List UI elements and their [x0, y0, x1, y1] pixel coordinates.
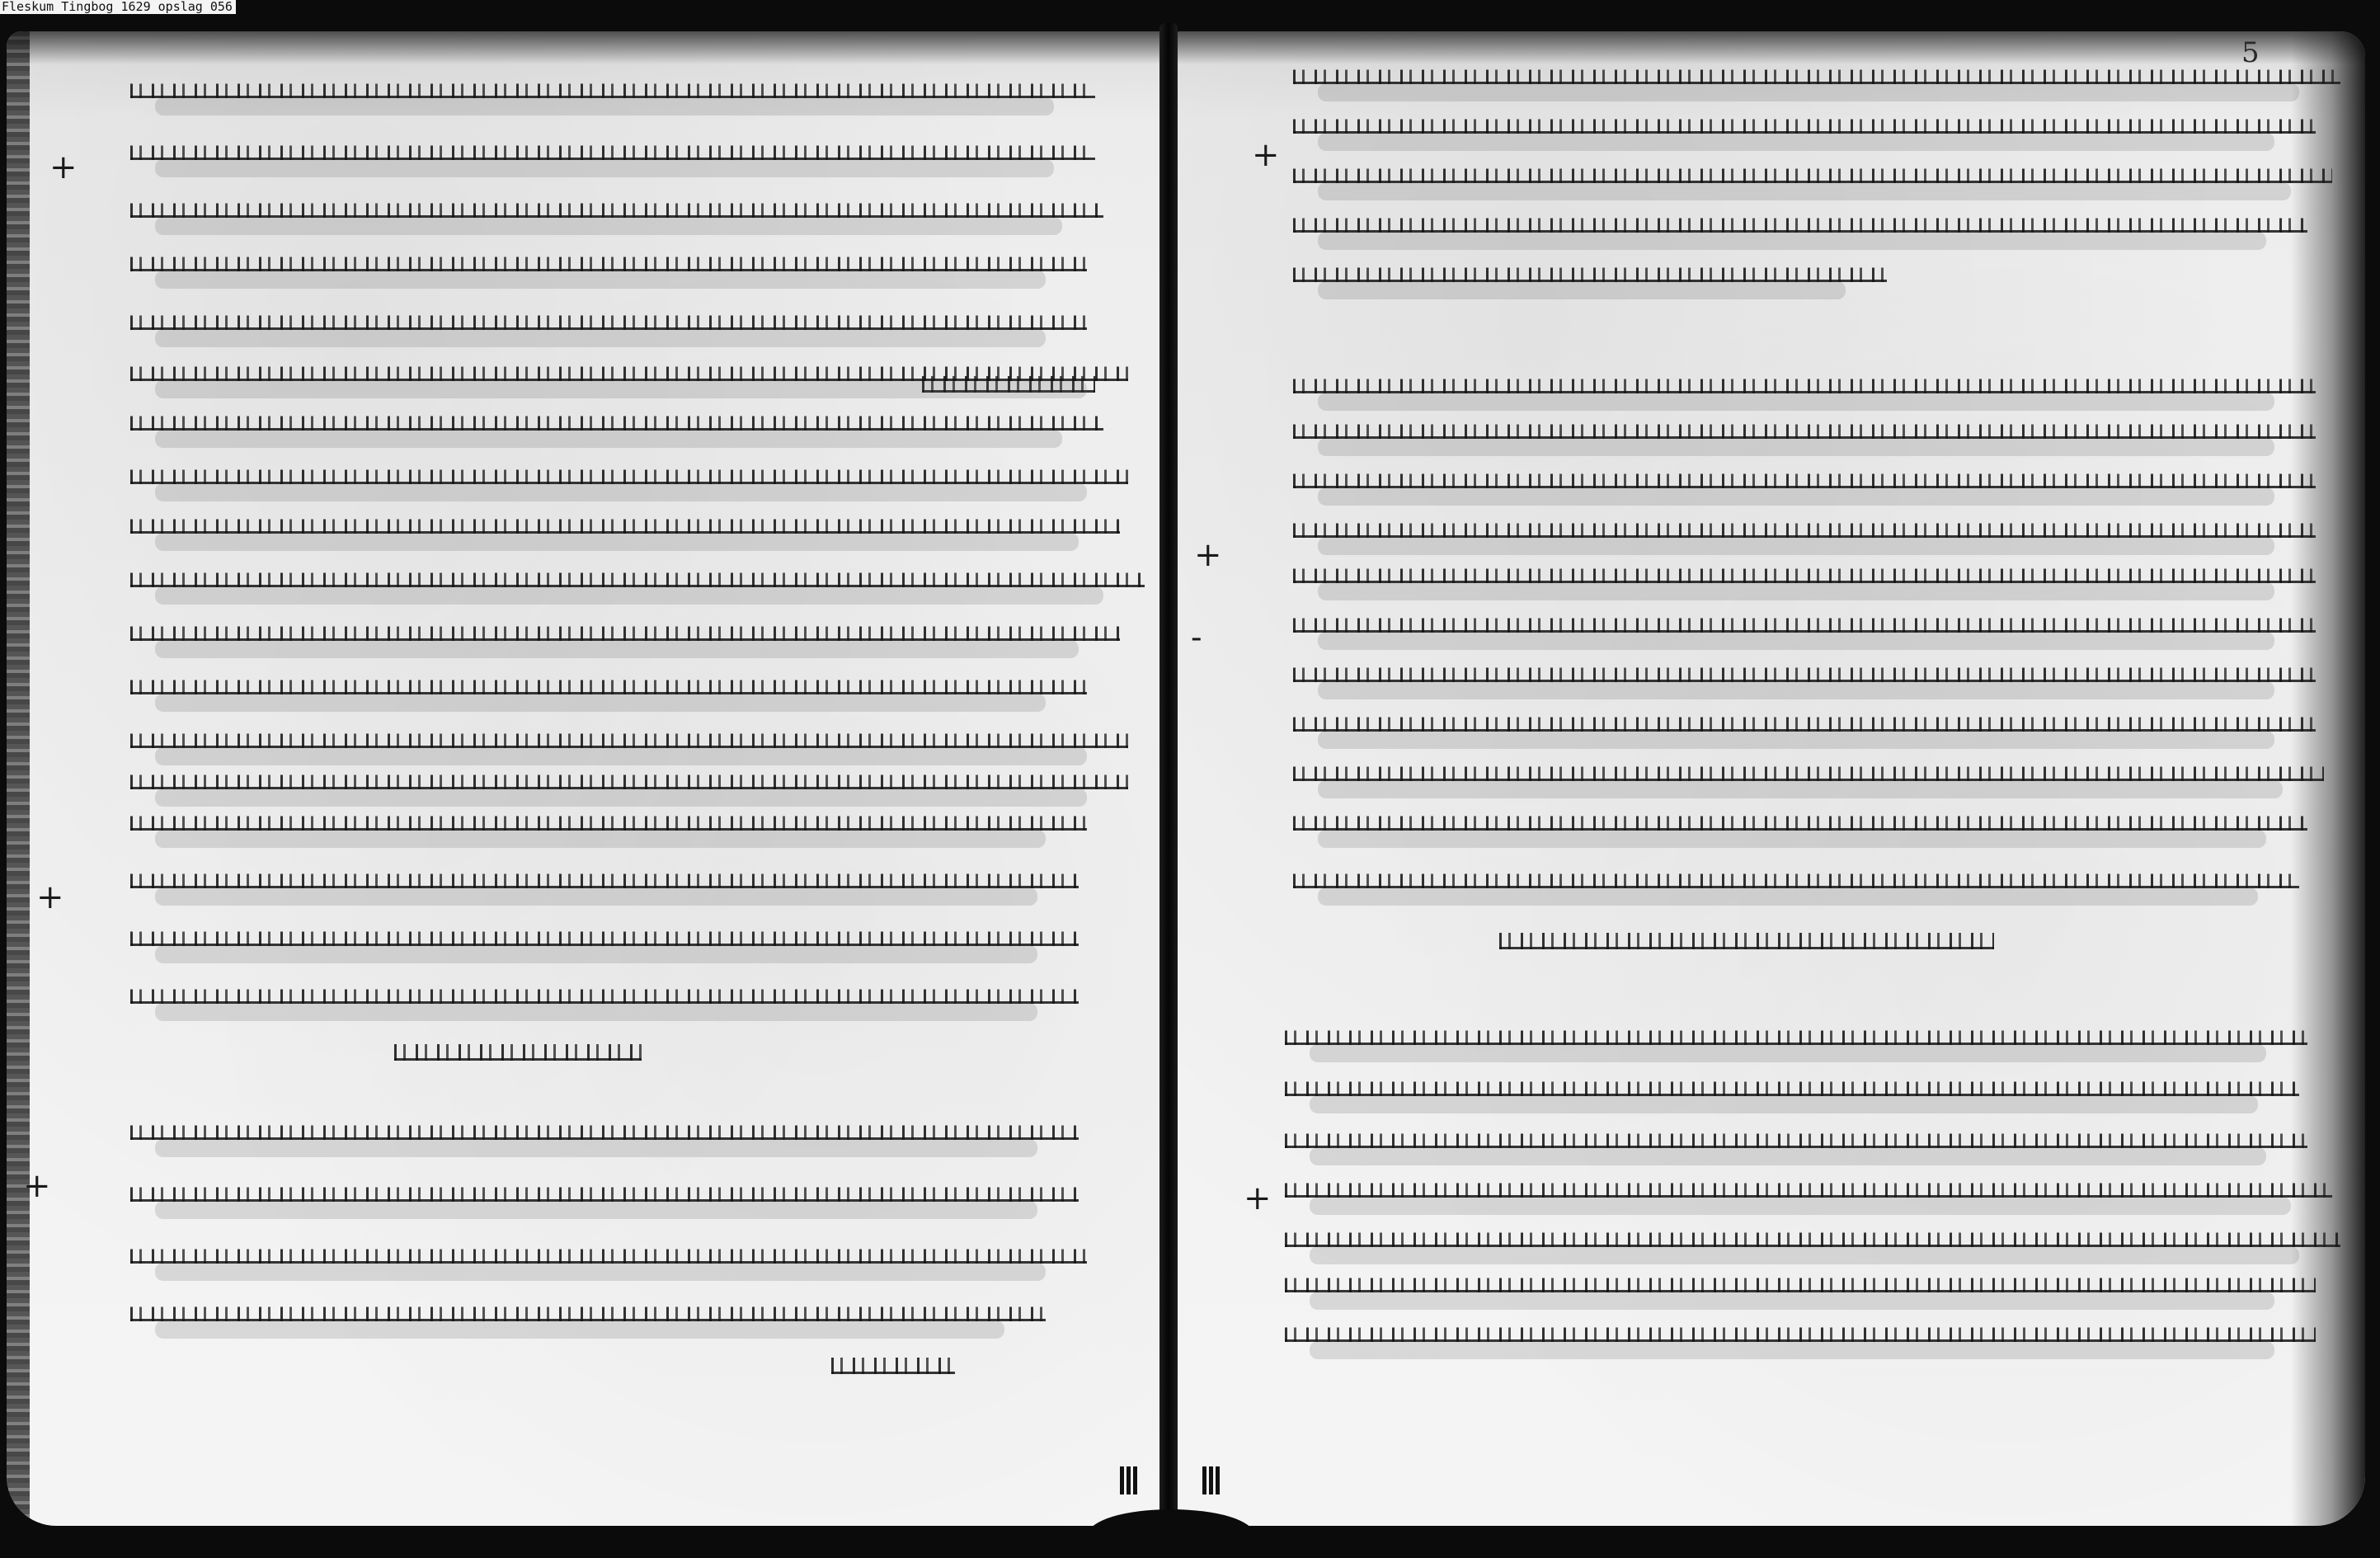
handwritten-line	[1285, 1318, 2316, 1342]
handwritten-line	[130, 194, 1103, 218]
handwritten-line	[130, 1178, 1079, 1202]
handwritten-line	[130, 807, 1087, 831]
signature-line	[1499, 922, 1994, 949]
ink-bleed-through	[1318, 487, 2274, 506]
handwritten-line	[130, 1240, 1087, 1264]
handwritten-line	[1293, 60, 2340, 84]
ink-bleed-through	[155, 97, 1054, 115]
binding-thread-mark	[1120, 1466, 1138, 1494]
ink-bleed-through	[1318, 830, 2266, 848]
ink-bleed-through	[155, 483, 1087, 501]
ink-bleed-through	[1318, 681, 2274, 699]
ink-bleed-through	[155, 830, 1046, 848]
handwritten-line	[1293, 708, 2316, 732]
ink-bleed-through	[1318, 393, 2274, 411]
handwritten-line	[1293, 658, 2316, 682]
left-page: +++	[7, 31, 1163, 1526]
ink-bleed-through	[155, 1320, 1004, 1339]
signature-line	[831, 1347, 955, 1374]
ink-bleed-through	[1310, 1044, 2266, 1062]
margin-cross-mark: +	[49, 151, 78, 184]
handwritten-line	[1285, 1223, 2340, 1247]
handwritten-line	[130, 136, 1095, 160]
handwritten-line	[1293, 464, 2316, 488]
ink-bleed-through	[1318, 182, 2291, 200]
ink-bleed-through	[155, 380, 1087, 398]
signature-line	[394, 1033, 642, 1061]
ink-bleed-through	[1318, 582, 2274, 600]
handwritten-line	[1293, 609, 2316, 633]
ink-bleed-through	[155, 887, 1037, 906]
handwritten-line	[1293, 369, 2316, 393]
handwritten-line	[1293, 258, 1887, 282]
handwritten-line	[130, 765, 1128, 789]
handwritten-line	[1293, 415, 2316, 439]
handwritten-line	[130, 864, 1079, 888]
ink-bleed-through	[155, 694, 1046, 712]
handwritten-line	[1285, 1021, 2307, 1045]
ink-bleed-through	[1318, 887, 2258, 906]
bottom-binding-fold	[1089, 1509, 1253, 1558]
page-top-shadow	[1178, 31, 2365, 64]
ink-bleed-through	[1318, 632, 2274, 650]
image-label: Fleskum Tingbog 1629 opslag 056	[0, 0, 236, 14]
ink-bleed-through	[1310, 1292, 2274, 1310]
handwritten-line	[1293, 807, 2307, 831]
ink-bleed-through	[155, 1139, 1037, 1157]
ink-bleed-through	[155, 788, 1087, 807]
handwritten-line	[130, 247, 1087, 271]
ink-bleed-through	[155, 945, 1037, 963]
ink-bleed-through	[155, 1003, 1037, 1021]
handwritten-line	[130, 357, 1128, 381]
ink-bleed-through	[155, 1263, 1046, 1281]
ink-bleed-through	[155, 586, 1103, 605]
handwritten-line	[130, 306, 1087, 330]
handwritten-line	[130, 460, 1128, 484]
ink-bleed-through	[1310, 1147, 2266, 1165]
ink-bleed-through	[155, 159, 1054, 177]
margin-cross-mark: +	[1194, 539, 1222, 572]
ink-bleed-through	[155, 1201, 1037, 1219]
handwritten-line	[1293, 159, 2332, 183]
ink-bleed-through	[1318, 537, 2274, 555]
handwritten-line	[1285, 1124, 2307, 1148]
handwritten-line	[1293, 209, 2307, 233]
ink-bleed-through	[1318, 731, 2274, 749]
margin-cross-mark: +	[1244, 1182, 1272, 1215]
ink-bleed-through	[1310, 1246, 2299, 1264]
ink-bleed-through	[1310, 1095, 2258, 1113]
ink-bleed-through	[1318, 133, 2274, 151]
handwritten-line	[130, 1297, 1046, 1321]
handwritten-line	[130, 563, 1145, 587]
book-gutter	[1159, 23, 1178, 1516]
handwritten-line	[1285, 1174, 2332, 1198]
page-top-shadow	[7, 31, 1163, 64]
ink-bleed-through	[1310, 1341, 2274, 1359]
handwritten-line	[1285, 1269, 2316, 1292]
handwritten-line	[130, 671, 1087, 694]
ink-bleed-through	[1318, 780, 2283, 798]
margin-cross-mark: +	[1252, 139, 1280, 172]
margin-cross-mark: +	[23, 1170, 51, 1203]
right-page: 5 ++-+	[1178, 31, 2365, 1526]
handwritten-line	[130, 510, 1120, 534]
ink-bleed-through	[155, 533, 1079, 551]
handwritten-line	[1293, 864, 2299, 888]
ink-bleed-through	[155, 329, 1046, 347]
ink-bleed-through	[155, 430, 1062, 448]
ink-bleed-through	[155, 217, 1062, 235]
handwritten-line	[130, 407, 1103, 431]
ink-bleed-through	[1318, 83, 2299, 101]
handwritten-line	[1293, 110, 2316, 134]
handwritten-line	[1293, 757, 2324, 781]
handwritten-line	[130, 1116, 1079, 1140]
ink-bleed-through	[1310, 1197, 2291, 1215]
ink-bleed-through	[1318, 232, 2266, 250]
handwritten-line	[130, 980, 1079, 1004]
ink-bleed-through	[155, 271, 1046, 289]
handwritten-line	[130, 922, 1079, 946]
handwritten-line	[1293, 514, 2316, 538]
ink-bleed-through	[155, 640, 1079, 658]
handwritten-line	[1285, 1072, 2299, 1096]
handwritten-line	[130, 724, 1128, 748]
ink-bleed-through	[155, 747, 1087, 765]
ink-bleed-through	[1318, 438, 2274, 456]
handwritten-line	[1293, 559, 2316, 583]
margin-cross-mark: +	[36, 881, 64, 914]
handwritten-line	[130, 74, 1095, 98]
margin-dash-mark: -	[1191, 621, 1202, 654]
ink-bleed-through	[1318, 281, 1846, 299]
binding-thread-mark	[1202, 1466, 1221, 1494]
handwritten-line	[130, 617, 1120, 641]
